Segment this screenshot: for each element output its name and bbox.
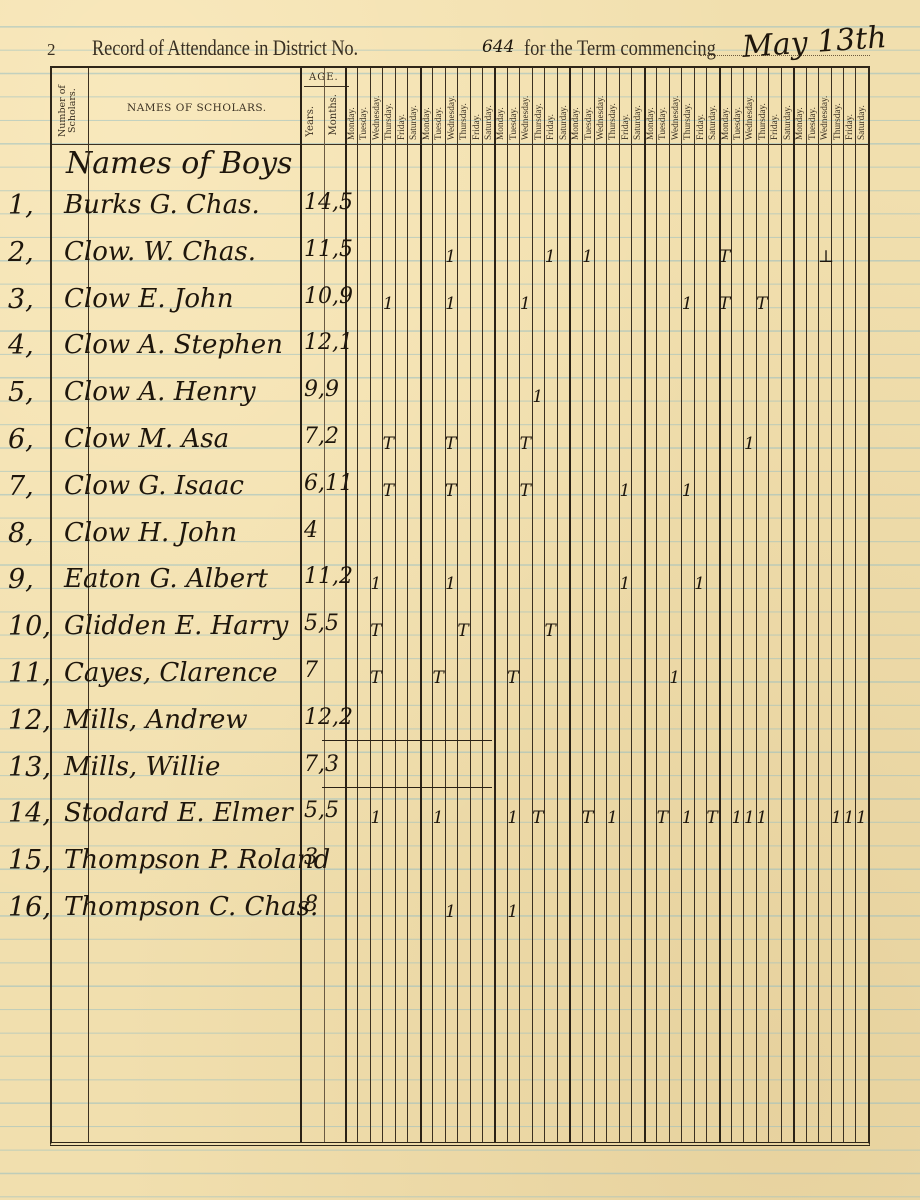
attendance-mark: 1 <box>831 808 843 828</box>
attendance-mark: T <box>706 808 718 828</box>
scholar-name: Cayes, Clarence <box>64 658 278 688</box>
scholar-age: 7,2 <box>304 424 339 449</box>
scholar-number: 2, <box>8 237 34 268</box>
scholar-row: 7,Clow G. Isaac6,11TTT11 <box>52 471 872 517</box>
attendance-mark: 1 <box>432 808 444 828</box>
scholar-name: Clow G. Isaac <box>64 471 244 501</box>
attendance-mark: 1 <box>694 574 706 594</box>
attendance-mark: 1 <box>544 247 556 267</box>
scholar-name: Thompson C. Chas. <box>64 892 318 922</box>
scholar-row: 9,Eaton G. Albert11,21111 <box>52 564 872 610</box>
scholar-number: 8, <box>8 518 34 549</box>
attendance-mark: T <box>519 434 531 454</box>
scholar-number: 12, <box>8 705 51 736</box>
attendance-mark: 1 <box>445 902 457 922</box>
attendance-mark: 1 <box>606 808 618 828</box>
attendance-mark: 1 <box>370 808 382 828</box>
attendance-mark: 1 <box>681 808 693 828</box>
attendance-mark: 1 <box>669 668 681 688</box>
scholar-age: 6,11 <box>304 471 353 496</box>
scholar-number: 11, <box>8 658 51 689</box>
scholar-age: 12,2 <box>304 705 353 730</box>
attendance-mark: T <box>719 294 731 314</box>
scholar-row: 5,Clow A. Henry9,91 <box>52 377 872 423</box>
scholar-age: 9,9 <box>304 377 339 402</box>
attendance-mark: 1 <box>681 481 693 501</box>
scholar-row: 3,Clow E. John10,91111TT <box>52 284 872 330</box>
scholar-row: 8,Clow H. John4 <box>52 518 872 564</box>
attendance-mark: 1 <box>519 294 531 314</box>
attendance-mark: T <box>532 808 544 828</box>
scholar-row: 6,Clow M. Asa7,2TTT1 <box>52 424 872 470</box>
attendance-mark: T <box>519 481 531 501</box>
scholar-name: Mills, Willie <box>64 752 220 782</box>
scholar-age: 5,5 <box>304 798 339 823</box>
scholar-age: 3 <box>304 845 318 870</box>
term-commencing-date: May 13th <box>741 20 888 65</box>
scholar-row: 10,Glidden E. Harry5,5TTT <box>52 611 872 657</box>
attendance-mark: T <box>582 808 594 828</box>
scholar-row: 11,Cayes, Clarence7TTT1 <box>52 658 872 704</box>
scholar-age: 12,1 <box>304 330 353 355</box>
scholar-name: Stodard E. Elmer <box>64 798 293 828</box>
attendance-table: Number of Scholars. NAMES OF SCHOLARS. A… <box>50 66 870 1146</box>
scholar-row: 1,Burks G. Chas.14,5 <box>52 190 872 236</box>
attendance-mark: 1 <box>445 574 457 594</box>
attendance-mark: 1 <box>743 808 755 828</box>
attendance-mark: 1 <box>619 481 631 501</box>
section-title: Names of Boys <box>66 146 292 181</box>
scholar-age: 7,3 <box>304 752 339 777</box>
attendance-mark: 1 <box>743 434 755 454</box>
scholar-number: 6, <box>8 424 34 455</box>
scholar-age: 11,5 <box>304 237 353 262</box>
scholar-number: 7, <box>8 471 34 502</box>
scholar-number: 3, <box>8 284 34 315</box>
attendance-mark: T <box>756 294 768 314</box>
attendance-mark: T <box>445 481 457 501</box>
scholar-number: 13, <box>8 752 51 783</box>
page-title-suffix: for the Term commencing <box>524 35 716 61</box>
scholar-age: 5,5 <box>304 611 339 636</box>
page-number: 2 <box>47 40 56 60</box>
attendance-mark: 1 <box>445 247 457 267</box>
scholar-number: 16, <box>8 892 51 923</box>
scholar-name: Clow. W. Chas. <box>64 237 256 267</box>
header-years: Years. <box>305 106 316 137</box>
attendance-mark: T <box>445 434 457 454</box>
scholar-row: 15,Thompson P. Roland3 <box>52 845 872 891</box>
attendance-mark: T <box>370 621 382 641</box>
scholar-name: Clow A. Henry <box>64 377 256 407</box>
page-title: Record of Attendance in District No. <box>92 35 358 61</box>
scholar-name: Clow M. Asa <box>64 424 229 454</box>
scholar-number: 1, <box>8 190 34 221</box>
scholar-number: 10, <box>8 611 51 642</box>
attendance-mark: 1 <box>507 808 519 828</box>
scholar-name: Burks G. Chas. <box>64 190 260 220</box>
attendance-mark: T <box>719 247 731 267</box>
attendance-mark: 1 <box>731 808 743 828</box>
attendance-mark: 1 <box>681 294 693 314</box>
day-header: Saturday. <box>856 72 868 140</box>
scholar-row: 4,Clow A. Stephen12,1 <box>52 330 872 376</box>
scholar-number: 9, <box>8 564 34 595</box>
scholar-number: 14, <box>8 798 51 829</box>
scholar-number: 15, <box>8 845 51 876</box>
scholar-row: 14,Stodard E. Elmer5,5111TT1T1T111111 <box>52 798 872 844</box>
attendance-mark: 1 <box>445 294 457 314</box>
attendance-mark: T <box>382 481 394 501</box>
attendance-mark: T <box>544 621 556 641</box>
attendance-mark: T <box>382 434 394 454</box>
scholar-number: 4, <box>8 330 34 361</box>
attendance-mark: 1 <box>756 808 768 828</box>
header-names-of-scholars: NAMES OF SCHOLARS. <box>127 102 267 114</box>
scholar-age: 14,5 <box>304 190 353 215</box>
attendance-mark: 1 <box>382 294 394 314</box>
header-divider <box>52 144 868 145</box>
attendance-mark: T <box>507 668 519 688</box>
header-months: Months. <box>328 94 339 135</box>
scholar-age: 10,9 <box>304 284 353 309</box>
scholar-age: 7 <box>304 658 318 683</box>
scholar-name: Mills, Andrew <box>64 705 248 735</box>
scholar-age: 11,2 <box>304 564 353 589</box>
header-number-of-scholars: Number of Scholars. <box>58 78 86 144</box>
attendance-mark: 1 <box>370 574 382 594</box>
scholar-row: 12,Mills, Andrew12,2 <box>52 705 872 751</box>
scholar-row: 2,Clow. W. Chas.11,5111T⊥ <box>52 237 872 283</box>
scholar-name: Glidden E. Harry <box>64 611 288 641</box>
attendance-mark: T <box>432 668 444 688</box>
bracket-line <box>322 787 492 788</box>
scholar-name: Clow E. John <box>64 284 233 314</box>
scholar-row: 13,Mills, Willie7,3 <box>52 752 872 798</box>
scholar-name: Thompson P. Roland <box>64 845 330 875</box>
attendance-mark: 1 <box>843 808 855 828</box>
scholar-number: 5, <box>8 377 34 408</box>
attendance-mark: ⊥ <box>818 247 830 267</box>
scholar-row: 16,Thompson C. Chas.811 <box>52 892 872 938</box>
scholar-name: Clow H. John <box>64 518 237 548</box>
age-header-divider <box>304 86 349 87</box>
attendance-mark: 1 <box>582 247 594 267</box>
scholar-age: 4 <box>304 518 318 543</box>
district-number: 644 <box>482 37 514 57</box>
attendance-mark: 1 <box>855 808 867 828</box>
bracket-line <box>322 740 492 741</box>
scholar-age: 8 <box>304 892 318 917</box>
scholar-name: Clow A. Stephen <box>64 330 283 360</box>
attendance-mark: 1 <box>619 574 631 594</box>
attendance-mark: T <box>457 621 469 641</box>
attendance-mark: T <box>370 668 382 688</box>
attendance-mark: T <box>656 808 668 828</box>
attendance-mark: 1 <box>532 387 544 407</box>
scholar-name: Eaton G. Albert <box>64 564 268 594</box>
attendance-mark: 1 <box>507 902 519 922</box>
